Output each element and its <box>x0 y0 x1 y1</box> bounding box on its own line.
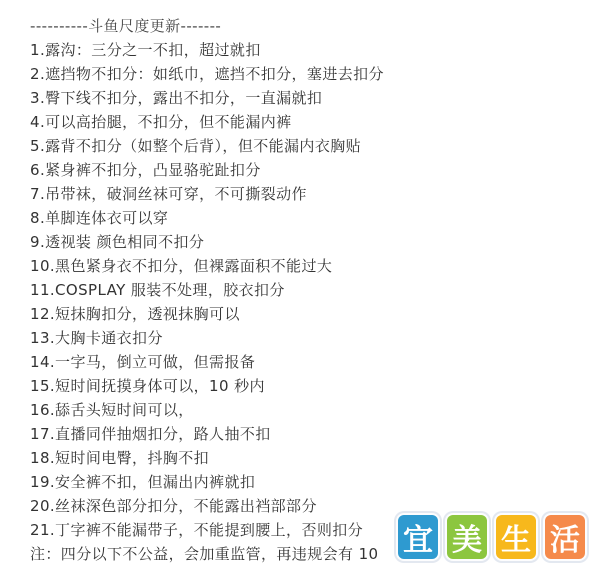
rule-item: 3.臀下线不扣分，露出不扣分，一直漏就扣 <box>30 86 590 110</box>
watermark-tile: 生 <box>496 515 536 559</box>
rule-item: 4.可以高抬腿，不扣分，但不能漏内裤 <box>30 110 590 134</box>
rule-item: 19.安全裤不扣，但漏出内裤就扣 <box>30 470 590 494</box>
watermark-tile: 活 <box>545 515 585 559</box>
rule-item: 9.透视装 颜色相同不扣分 <box>30 230 590 254</box>
rule-item: 12.短抹胸扣分，透视抹胸可以 <box>30 302 590 326</box>
rule-item: 8.单脚连体衣可以穿 <box>30 206 590 230</box>
rule-item: 1.露沟：三分之一不扣，超过就扣 <box>30 38 590 62</box>
rule-item: 5.露背不扣分（如整个后背），但不能漏内衣胸贴 <box>30 134 590 158</box>
rule-item: 6.紧身裤不扣分，凸显骆驼趾扣分 <box>30 158 590 182</box>
document-body: ----------斗鱼尺度更新------- 1.露沟：三分之一不扣，超过就扣… <box>30 14 590 566</box>
rule-item: 17.直播同伴抽烟扣分，路人抽不扣 <box>30 422 590 446</box>
watermark-logo: 宜 美 生 活 <box>396 513 587 561</box>
rule-item: 2.遮挡物不扣分：如纸巾，遮挡不扣分，塞进去扣分 <box>30 62 590 86</box>
rule-item: 16.舔舌头短时间可以， <box>30 398 590 422</box>
rule-item: 7.吊带袜，破洞丝袜可穿，不可撕裂动作 <box>30 182 590 206</box>
rule-item: 14.一字马，倒立可做，但需报备 <box>30 350 590 374</box>
rule-item: 15.短时间抚摸身体可以，10 秒内 <box>30 374 590 398</box>
rule-item: 11.COSPLAY 服装不处理，胶衣扣分 <box>30 278 590 302</box>
watermark-tile: 宜 <box>398 515 438 559</box>
rule-item: 10.黑色紧身衣不扣分，但裸露面积不能过大 <box>30 254 590 278</box>
watermark-tile: 美 <box>447 515 487 559</box>
rule-item: 13.大胸卡通衣扣分 <box>30 326 590 350</box>
document-title: ----------斗鱼尺度更新------- <box>30 14 590 38</box>
rule-item: 18.短时间电臀，抖胸不扣 <box>30 446 590 470</box>
